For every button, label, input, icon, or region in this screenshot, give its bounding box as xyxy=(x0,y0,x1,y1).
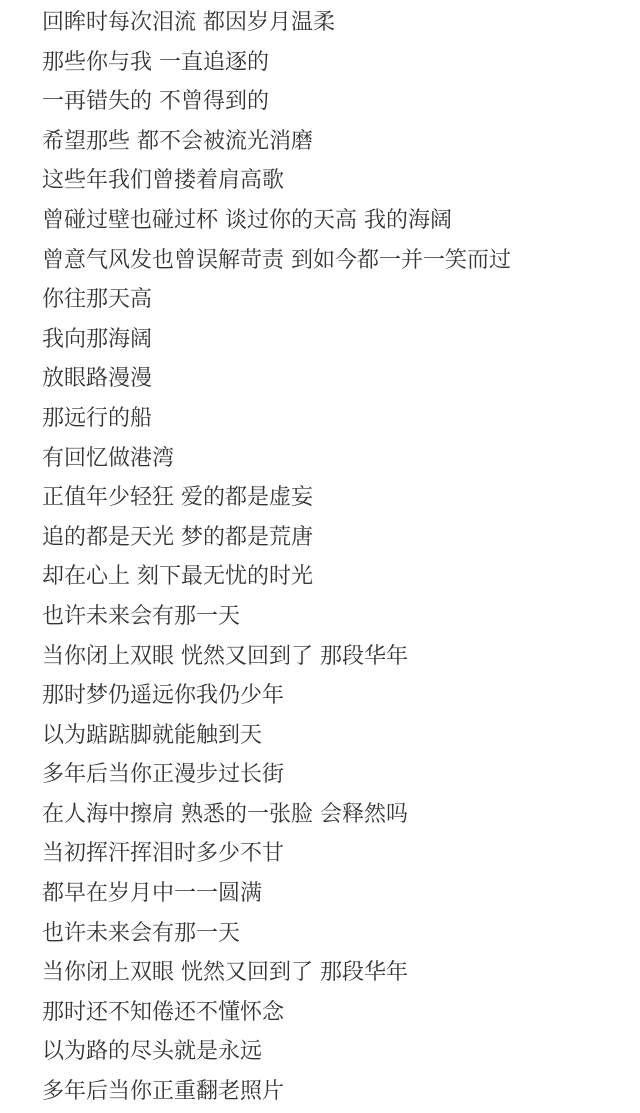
lyric-line: 却在心上 刻下最无忧的时光 xyxy=(42,557,511,597)
lyric-line: 当初挥汗挥泪时多少不甘 xyxy=(42,834,511,874)
lyric-line: 当你闭上双眼 恍然又回到了 那段华年 xyxy=(42,637,511,677)
lyric-line: 那些你与我 一直追逐的 xyxy=(42,43,511,83)
lyric-line: 那远行的船 xyxy=(42,399,511,439)
lyric-line: 那时梦仍遥远你我仍少年 xyxy=(42,676,511,716)
lyric-line: 希望那些 都不会被流光消磨 xyxy=(42,122,511,162)
lyric-line: 一再错失的 不曾得到的 xyxy=(42,82,511,122)
lyric-line: 那时还不知倦还不懂怀念 xyxy=(42,993,511,1033)
lyric-line: 以为路的尽头就是永远 xyxy=(42,1032,511,1072)
lyric-line: 有回忆做港湾 xyxy=(42,439,511,479)
lyric-line: 正值年少轻狂 爱的都是虚妄 xyxy=(42,478,511,518)
lyric-line: 都早在岁月中一一圆满 xyxy=(42,874,511,914)
lyric-line: 也许未来会有那一天 xyxy=(42,597,511,637)
lyric-line: 以为踮踮脚就能触到天 xyxy=(42,716,511,756)
lyric-line: 放眼路漫漫 xyxy=(42,359,511,399)
lyric-line: 曾意气风发也曾误解苛责 到如今都一并一笑而过 xyxy=(42,241,511,281)
lyric-line: 多年后当你正漫步过长街 xyxy=(42,755,511,795)
lyric-line: 我向那海阔 xyxy=(42,320,511,360)
lyric-line: 这些年我们曾搂着肩高歌 xyxy=(42,161,511,201)
lyrics-text-block: 回眸时每次泪流 都因岁月温柔 那些你与我 一直追逐的 一再错失的 不曾得到的 希… xyxy=(42,3,511,1112)
lyric-line: 你往那天高 xyxy=(42,280,511,320)
lyric-line: 当你闭上双眼 恍然又回到了 那段华年 xyxy=(42,953,511,993)
lyric-line: 多年后当你正重翻老照片 xyxy=(42,1072,511,1112)
lyric-line: 在人海中擦肩 熟悉的一张脸 会释然吗 xyxy=(42,795,511,835)
lyric-line: 回眸时每次泪流 都因岁月温柔 xyxy=(42,3,511,43)
lyric-line: 曾碰过壁也碰过杯 谈过你的天高 我的海阔 xyxy=(42,201,511,241)
lyric-line: 也许未来会有那一天 xyxy=(42,914,511,954)
lyric-line: 追的都是天光 梦的都是荒唐 xyxy=(42,518,511,558)
